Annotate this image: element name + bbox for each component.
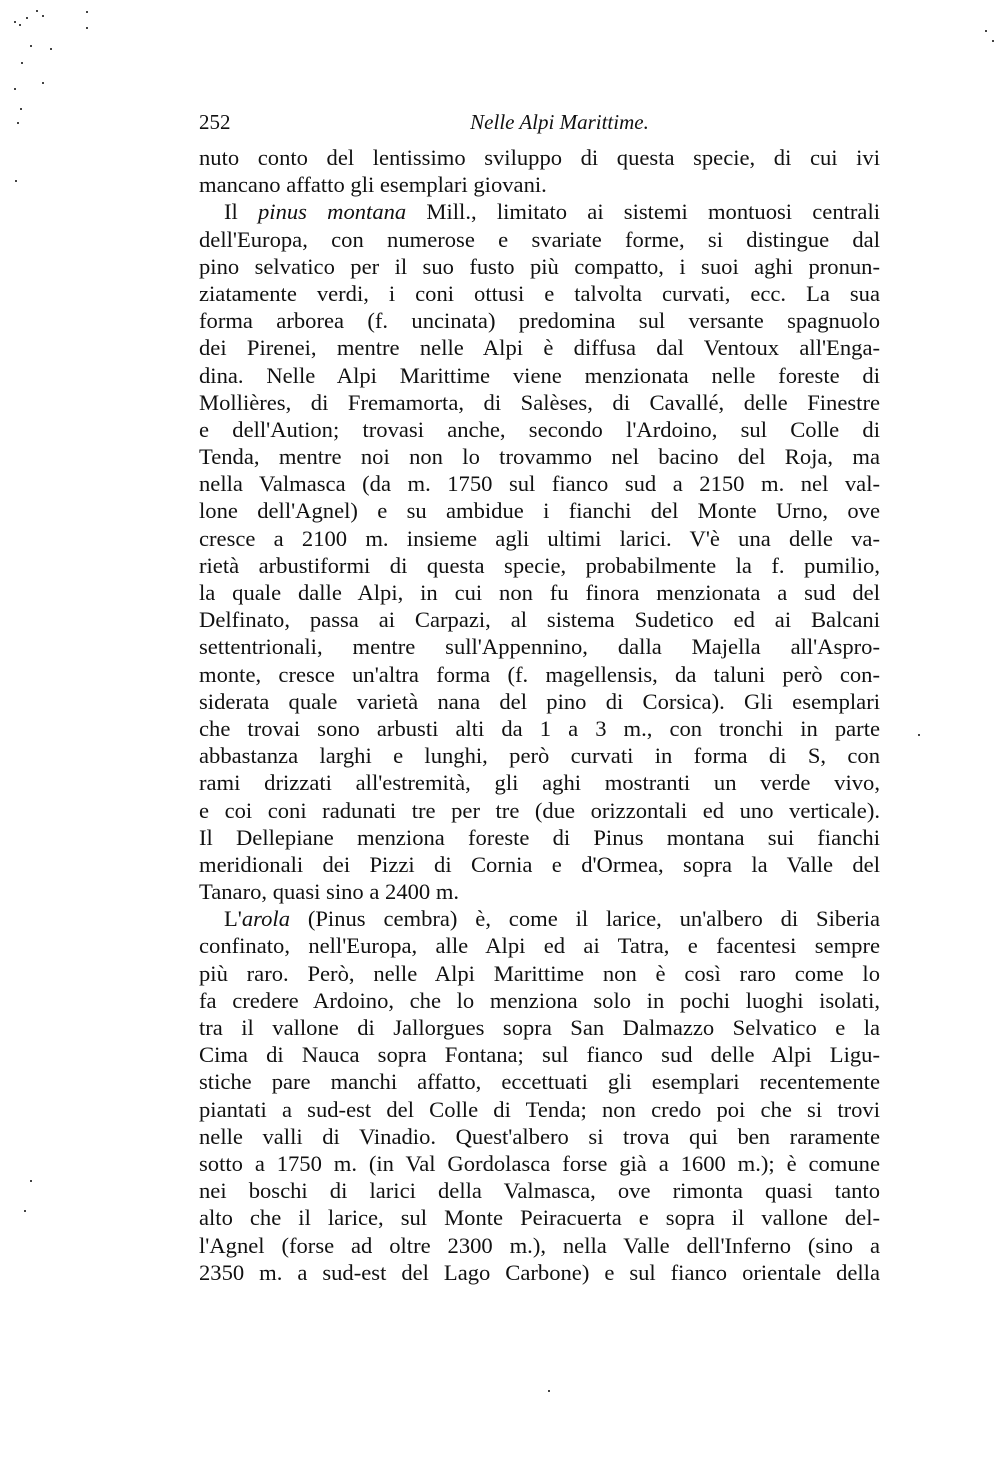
scan-speck: [26, 17, 28, 19]
text-line: meridionali dei Pizzi di Cornia e d'Orme…: [199, 851, 880, 878]
scan-speck: [42, 82, 44, 84]
text-line: Tanaro, quasi sino a 2400 m.: [199, 878, 880, 905]
scan-speck: [86, 11, 88, 13]
text-fragment: (Pinus cembra) è, come il larice, un'alb…: [290, 906, 880, 931]
text-line: pino selvatico per il suo fusto più comp…: [199, 253, 880, 280]
scan-speck: [14, 21, 16, 23]
text-line: ziatamente verdi, i coni ottusi e talvol…: [199, 280, 880, 307]
text-line: lone dell'Agnel) e su ambidue i fianchi …: [199, 497, 880, 524]
text-line: dina. Nelle Alpi Marittime viene menzion…: [199, 362, 880, 389]
species-name-italic: arola: [242, 906, 290, 931]
text-line: stiche pare manchi affatto, eccettuati g…: [199, 1068, 880, 1095]
scan-speck: [992, 40, 994, 42]
text-line: nella Valmasca (da m. 1750 sul fianco su…: [199, 470, 880, 497]
text-line: nei boschi di larici della Valmasca, ove…: [199, 1177, 880, 1204]
text-line: la quale dalle Alpi, in cui non fu finor…: [199, 579, 880, 606]
text-line: mancano affatto gli esemplari giovani.: [199, 171, 880, 198]
scanned-book-page: 252 Nelle Alpi Marittime. nuto conto del…: [0, 0, 1000, 1475]
text-line: rami drizzati all'estremità, gli aghi mo…: [199, 769, 880, 796]
scan-speck: [548, 1390, 550, 1392]
paragraph: Il pinus montana Mill., limitato ai sist…: [199, 198, 880, 905]
paragraph-lead: Il: [224, 199, 258, 224]
paragraph: L'arola (Pinus cembra) è, come il larice…: [199, 905, 880, 1286]
text-line: e dell'Aution; trovasi anche, secondo l'…: [199, 416, 880, 443]
text-line: e coi coni radunati tre per tre (due ori…: [199, 797, 880, 824]
text-line: settentrionali, mentre sull'Appennino, d…: [199, 633, 880, 660]
paragraph-lead: L': [224, 906, 242, 931]
text-line: sotto a 1750 m. (in Val Gordolasca forse…: [199, 1150, 880, 1177]
text-line: cresce a 2100 m. insieme agli ultimi lar…: [199, 525, 880, 552]
text-line: Il pinus montana Mill., limitato ai sist…: [199, 198, 880, 225]
text-line: Cima di Nauca sopra Fontana; sul fianco …: [199, 1041, 880, 1068]
scan-speck: [30, 45, 32, 47]
scan-speck: [21, 62, 23, 64]
scan-speck: [19, 24, 21, 26]
text-line: Mollières, di Fremamorta, di Salèses, di…: [199, 389, 880, 416]
scan-speck: [985, 30, 987, 32]
text-line: più raro. Però, nelle Alpi Marittime non…: [199, 960, 880, 987]
running-header: 252 Nelle Alpi Marittime.: [199, 110, 880, 140]
text-line: dei Pirenei, mentre nelle Alpi è diffusa…: [199, 334, 880, 361]
body-text: nuto conto del lentissimo sviluppo di qu…: [199, 144, 880, 1286]
running-title: Nelle Alpi Marittime.: [199, 110, 880, 135]
text-line: dell'Europa, con numerose e svariate for…: [199, 226, 880, 253]
text-line: piantati a sud-est del Colle di Tenda; n…: [199, 1096, 880, 1123]
scan-speck: [15, 180, 17, 182]
species-name-italic: pinus montana: [258, 199, 406, 224]
scan-speck: [50, 48, 52, 50]
scan-speck: [24, 1210, 26, 1212]
scan-speck: [86, 27, 88, 29]
text-line: forma arborea (f. uncinata) predomina su…: [199, 307, 880, 334]
text-line: L'arola (Pinus cembra) è, come il larice…: [199, 905, 880, 932]
scan-speck: [30, 1180, 32, 1182]
text-line: 2350 m. a sud-est del Lago Carbone) e su…: [199, 1259, 880, 1286]
text-line: fa credere Ardoino, che lo menziona solo…: [199, 987, 880, 1014]
text-line: Il Dellepiane menziona foreste di Pinus …: [199, 824, 880, 851]
text-line: tra il vallone di Jallorgues sopra San D…: [199, 1014, 880, 1041]
scan-speck: [14, 88, 16, 90]
text-line: l'Agnel (forse ad oltre 2300 m.), nella …: [199, 1232, 880, 1259]
text-fragment: Mill., limitato ai sistemi montuosi cent…: [406, 199, 880, 224]
text-line: nuto conto del lentissimo sviluppo di qu…: [199, 144, 880, 171]
text-line: Tenda, mentre noi non lo trovammo nel ba…: [199, 443, 880, 470]
text-line: rietà arbustiformi di questa specie, pro…: [199, 552, 880, 579]
paragraph: nuto conto del lentissimo sviluppo di qu…: [199, 144, 880, 198]
text-line: Delfinato, passa ai Carpazi, al sistema …: [199, 606, 880, 633]
scan-speck: [17, 122, 19, 124]
text-line: confinato, nell'Europa, alle Alpi ed ai …: [199, 932, 880, 959]
scan-speck: [42, 15, 44, 17]
text-line: alto che il larice, sul Monte Peiracuert…: [199, 1204, 880, 1231]
scan-speck: [36, 10, 38, 12]
scan-speck: [918, 734, 920, 736]
text-line: nelle valli di Vinadio. Quest'albero si …: [199, 1123, 880, 1150]
text-line: siderata quale varietà nana del pino di …: [199, 688, 880, 715]
text-line: che trovai sono arbusti alti da 1 a 3 m.…: [199, 715, 880, 742]
scan-speck: [20, 108, 22, 110]
text-line: abbastanza larghi e lunghi, però curvati…: [199, 742, 880, 769]
text-line: monte, cresce un'altra forma (f. magelle…: [199, 661, 880, 688]
